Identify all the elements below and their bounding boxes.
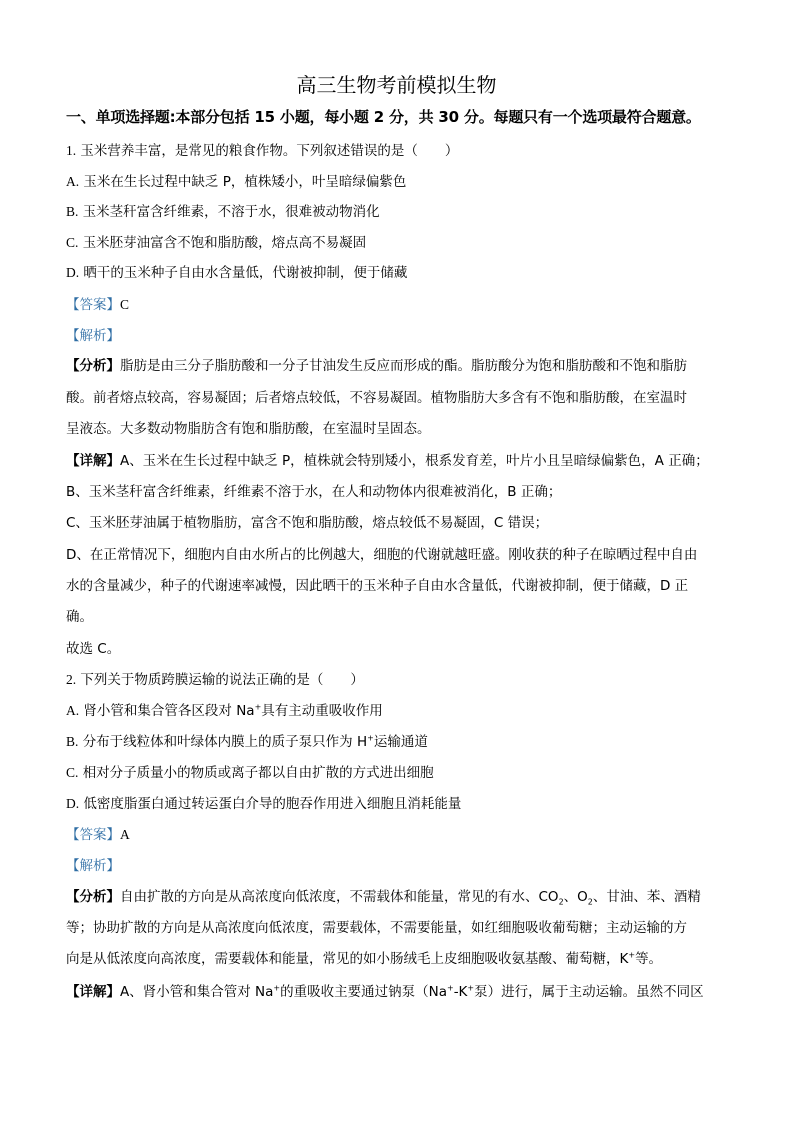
question-text: 下列关于物质跨膜运输的说法正确的是（ ） (80, 672, 364, 688)
question-2-fenxi-line-1: 【分析】自由扩散的方向是从高浓度向低浓度，不需载体和能量，常见的有水、CO2、O… (66, 887, 701, 907)
question-1-option-d: D. 晒干的玉米种子自由水含量低，代谢被抑制，便于储藏 (66, 263, 407, 283)
fenxi-text: 、甘油、苯、酒精 (593, 889, 701, 905)
xiangjie-text: 泵）进行，属于主动运输。虽然不同区 (474, 984, 704, 1000)
xiangjie-text: A、肾小管和集合管对 Na (120, 984, 273, 1000)
question-2-stem: 2. 下列关于物质跨膜运输的说法正确的是（ ） (66, 670, 364, 690)
question-1-xiangjie-line-6: 确。 (66, 607, 93, 627)
option-label: D. (66, 265, 79, 280)
question-1-option-c: C. 玉米胚芽油富含不饱和脂肪酸，熔点高不易凝固 (66, 233, 366, 253)
question-1-analysis-label: 【解析】 (66, 326, 120, 346)
question-2-option-b: B. 分布于线粒体和叶绿体内膜上的质子泵只作为 H+运输通道 (66, 732, 428, 752)
question-1-option-a: A. 玉米在生长过程中缺乏 P，植株矮小，叶呈暗绿偏紫色 (66, 172, 406, 192)
option-label: A. (66, 174, 79, 189)
option-text: 玉米茎秆富含纤维素，不溶于水，很难被动物消化 (83, 204, 380, 220)
option-label: D. (66, 796, 79, 811)
option-text-cont: 具有主动重吸收作用 (261, 703, 383, 719)
answer-value: A (120, 827, 130, 842)
question-number: 2. (66, 672, 76, 687)
question-2-option-d: D. 低密度脂蛋白通过转运蛋白介导的胞吞作用进入细胞且消耗能量 (66, 794, 461, 814)
question-1-xiangjie-line-5: 水的含量减少，种子的代谢速率减慢，因此晒干的玉米种子自由水含量低，代谢被抑制，便… (66, 576, 688, 596)
fenxi-text: 、O (564, 889, 588, 905)
option-label: A. (66, 703, 79, 718)
fenxi-text: 向是从低浓度向高浓度，需要载体和能量，常见的如小肠绒毛上皮细胞吸收氨基酸、葡萄糖… (66, 951, 628, 967)
option-label: C. (66, 235, 78, 250)
question-1-fenxi-line-2: 酸。前者熔点较高，容易凝固；后者熔点较低，不容易凝固。植物脂肪大多含有不饱和脂肪… (66, 388, 687, 408)
question-1-xiangjie-line-1: 【详解】A、玉米在生长过程中缺乏 P，植株就会特别矮小，根系发育差，叶片小且呈暗… (66, 451, 709, 471)
question-2-option-a: A. 肾小管和集合管各区段对 Na+具有主动重吸收作用 (66, 701, 383, 721)
option-text: 玉米在生长过程中缺乏 P，植株矮小，叶呈暗绿偏紫色 (83, 174, 406, 190)
question-2-answer: 【答案】A (66, 825, 130, 845)
question-1-stem: 1. 玉米营养丰富，是常见的粮食作物。下列叙述错误的是（ ） (66, 141, 458, 161)
option-text: 相对分子质量小的物质或离子都以自由扩散的方式进出细胞 (83, 765, 434, 781)
question-2-fenxi-line-3: 向是从低浓度向高浓度，需要载体和能量，常见的如小肠绒毛上皮细胞吸收氨基酸、葡萄糖… (66, 949, 662, 969)
question-1-conclusion: 故选 C。 (66, 639, 120, 659)
document-page: 高三生物考前模拟生物 一、单项选择题:本部分包括 15 小题，每小题 2 分，共… (0, 0, 793, 1122)
fenxi-text: 脂肪是由三分子脂肪酸和一分子甘油发生反应而形成的酯。脂肪酸分为饱和脂肪酸和不饱和… (120, 358, 687, 374)
option-text: 玉米胚芽油富含不饱和脂肪酸，熔点高不易凝固 (83, 235, 367, 251)
fenxi-text: 等。 (635, 951, 662, 967)
option-text: 晒干的玉米种子自由水含量低，代谢被抑制，便于储藏 (83, 265, 407, 281)
xiangjie-text: -K (454, 984, 468, 1000)
question-1-xiangjie-line-3: C、玉米胚芽油属于植物脂肪，富含不饱和脂肪酸，熔点较低不易凝固，C 错误； (66, 513, 548, 533)
section-heading: 一、单项选择题:本部分包括 15 小题，每小题 2 分，共 30 分。每题只有一… (66, 106, 746, 128)
question-1-answer: 【答案】C (66, 295, 129, 315)
superscript: + (447, 984, 454, 993)
xiangjie-text: A、玉米在生长过程中缺乏 P，植株就会特别矮小，根系发育差，叶片小且呈暗绿偏紫色… (120, 453, 709, 469)
question-1-option-b: B. 玉米茎秆富含纤维素，不溶于水，很难被动物消化 (66, 202, 380, 222)
question-2-analysis-label: 【解析】 (66, 856, 120, 876)
xiangjie-text: 的重吸收主要通过钠泵（Na (280, 984, 447, 1000)
question-1-xiangjie-line-4: D、在正常情况下，细胞内自由水所占的比例越大，细胞的代谢就越旺盛。刚收获的种子在… (66, 545, 697, 565)
option-text: 肾小管和集合管各区段对 Na (83, 703, 254, 719)
fenxi-label: 【分析】 (66, 358, 120, 374)
question-1-fenxi-line-1: 【分析】脂肪是由三分子脂肪酸和一分子甘油发生反应而形成的酯。脂肪酸分为饱和脂肪酸… (66, 356, 687, 376)
question-2-option-c: C. 相对分子质量小的物质或离子都以自由扩散的方式进出细胞 (66, 763, 434, 783)
answer-label: 【答案】 (66, 297, 120, 313)
question-1-fenxi-line-3: 呈液态。大多数动物脂肪含有饱和脂肪酸，在室温时呈固态。 (66, 419, 431, 439)
question-text: 玉米营养丰富，是常见的粮食作物。下列叙述错误的是（ ） (80, 143, 458, 159)
option-text: 分布于线粒体和叶绿体内膜上的质子泵只作为 H (83, 734, 367, 750)
question-1-xiangjie-line-2: B、玉米茎秆富含纤维素，纤维素不溶于水，在人和动物体内很难被消化，B 正确； (66, 482, 561, 502)
answer-label: 【答案】 (66, 827, 120, 843)
option-label: B. (66, 204, 78, 219)
option-label: B. (66, 734, 78, 749)
fenxi-label: 【分析】 (66, 889, 120, 905)
option-text: 低密度脂蛋白通过转运蛋白介导的胞吞作用进入细胞且消耗能量 (83, 796, 461, 812)
option-text-cont: 运输通道 (374, 734, 428, 750)
page-title: 高三生物考前模拟生物 (0, 72, 793, 98)
superscript: + (367, 734, 374, 743)
question-number: 1. (66, 143, 76, 158)
xiangjie-label: 【详解】 (66, 453, 120, 469)
answer-value: C (120, 297, 129, 312)
xiangjie-label: 【详解】 (66, 984, 120, 1000)
question-2-xiangjie-line-1: 【详解】A、肾小管和集合管对 Na+的重吸收主要通过钠泵（Na+-K+泵）进行，… (66, 982, 704, 1002)
option-label: C. (66, 765, 78, 780)
fenxi-text: 自由扩散的方向是从高浓度向低浓度，不需载体和能量，常见的有水、CO (120, 889, 559, 905)
question-2-fenxi-line-2: 等；协助扩散的方向是从高浓度向低浓度，需要载体，不需要能量，如红细胞吸收葡萄糖；… (66, 918, 687, 938)
